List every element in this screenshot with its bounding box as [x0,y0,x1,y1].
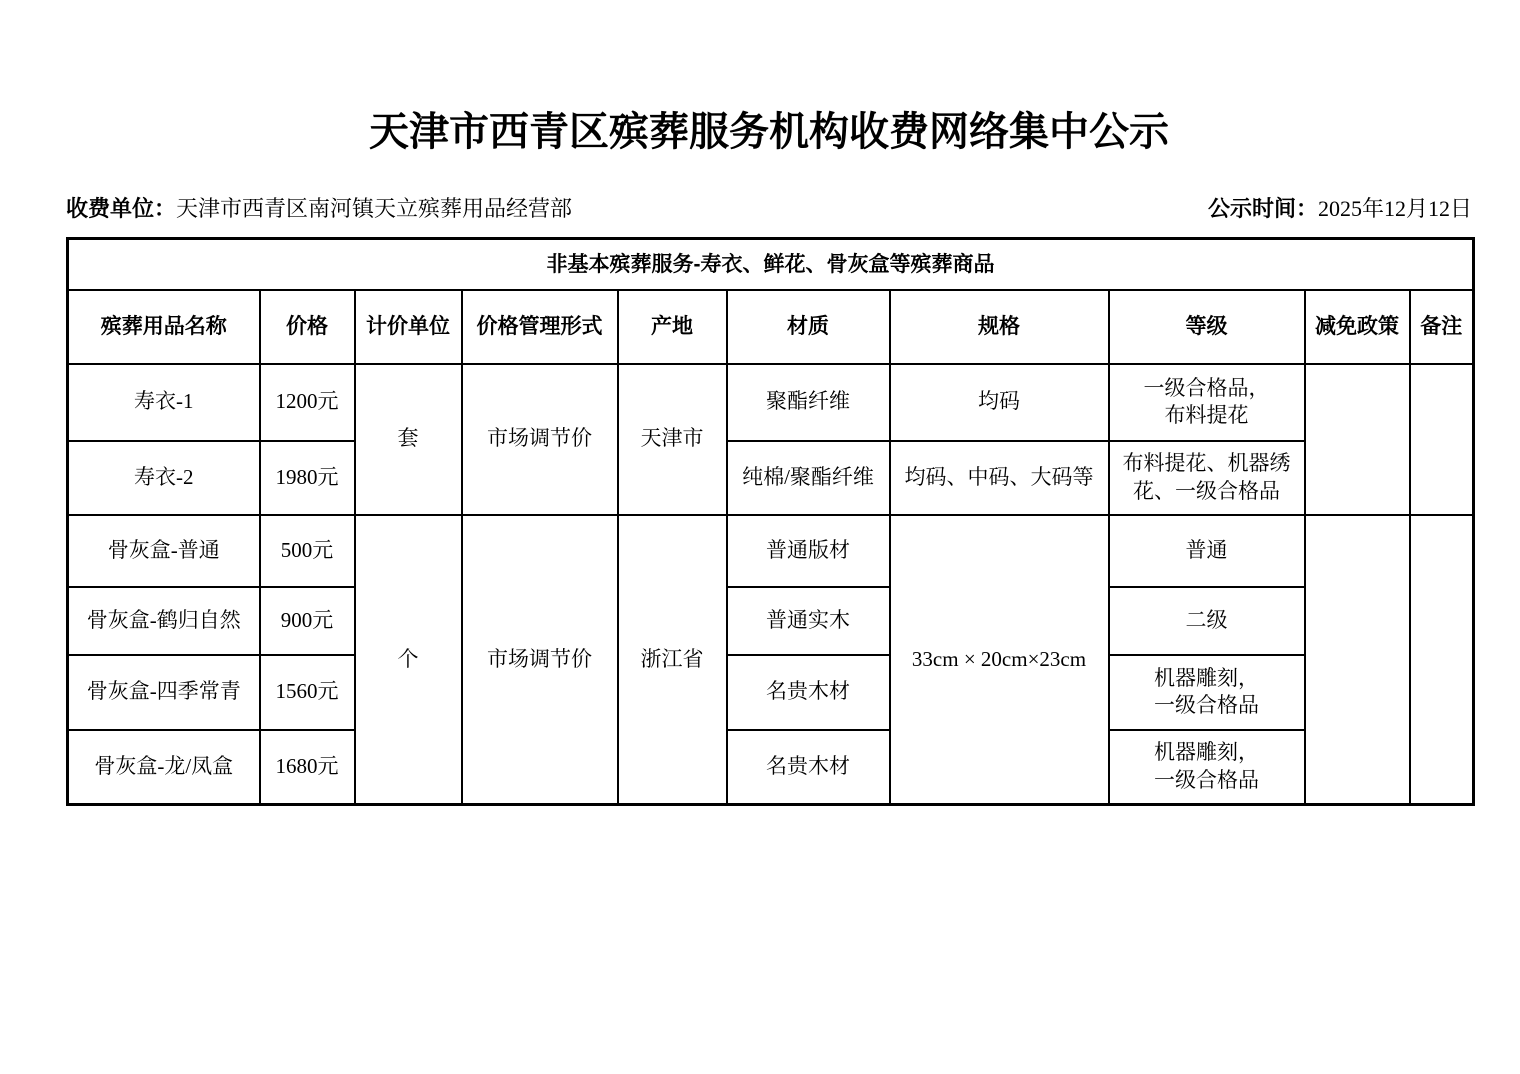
col-header-policy: 减免政策 [1305,290,1410,364]
policy-cell [1305,364,1410,515]
price-form-cell: 市场调节价 [462,515,618,805]
price-cell: 1560元 [260,655,355,730]
unit-cell: 套 [355,364,462,515]
product-name-cell: 骨灰盒-龙/凤盒 [68,730,260,805]
table-band-row: 非基本殡葬服务-寿衣、鲜花、骨灰盒等殡葬商品 [68,239,1474,290]
charge-unit-label: 收费单位： [66,196,176,221]
material-cell: 聚酯纤维 [727,364,890,441]
table-row: 骨灰盒-鹤归自然 900元 普通实木 二级 [68,587,1474,655]
publish-time-label: 公示时间： [1208,196,1318,221]
spec-cell: 均码 [890,364,1109,441]
origin-cell: 天津市 [618,364,727,515]
col-header-origin: 产地 [618,290,727,364]
table-row: 寿衣-1 1200元 套 市场调节价 天津市 聚酯纤维 均码 一级合格品， 布料… [68,364,1474,441]
grade-cell: 机器雕刻， 一级合格品 [1109,655,1305,730]
col-header-grade: 等级 [1109,290,1305,364]
charge-unit-value: 天津市西青区南河镇天立殡葬用品经营部 [176,196,572,221]
table-header-row: 殡葬用品名称 价格 计价单位 价格管理形式 产地 材质 规格 等级 减免政策 备… [68,290,1474,364]
table-band-title: 非基本殡葬服务-寿衣、鲜花、骨灰盒等殡葬商品 [68,239,1474,290]
product-name-cell: 骨灰盒-普通 [68,515,260,587]
product-name-cell: 寿衣-1 [68,364,260,441]
publish-time-line: 公示时间：2025年12月12日 [1208,192,1472,223]
note-cell [1410,515,1474,805]
grade-cell: 普通 [1109,515,1305,587]
price-cell: 1980元 [260,441,355,515]
col-header-spec: 规格 [890,290,1109,364]
publish-time-value: 2025年12月12日 [1318,196,1472,221]
policy-cell [1305,515,1410,805]
table-row: 骨灰盒-普通 500元 个 市场调节价 浙江省 普通版材 33cm × 20cm… [68,515,1474,587]
document-page: 天津市西青区殡葬服务机构收费网络集中公示 收费单位：天津市西青区南河镇天立殡葬用… [0,0,1520,1074]
grade-cell: 一级合格品， 布料提花 [1109,364,1305,441]
col-header-material: 材质 [727,290,890,364]
price-cell: 900元 [260,587,355,655]
col-header-product-name: 殡葬用品名称 [68,290,260,364]
material-cell: 普通版材 [727,515,890,587]
spec-cell: 33cm × 20cm×23cm [890,515,1109,805]
charge-unit-line: 收费单位：天津市西青区南河镇天立殡葬用品经营部 [66,192,572,223]
material-cell: 名贵木材 [727,655,890,730]
price-cell: 1200元 [260,364,355,441]
product-name-cell: 骨灰盒-鹤归自然 [68,587,260,655]
price-cell: 500元 [260,515,355,587]
col-header-price: 价格 [260,290,355,364]
note-cell [1410,364,1474,515]
origin-cell: 浙江省 [618,515,727,805]
product-name-cell: 骨灰盒-四季常青 [68,655,260,730]
price-cell: 1680元 [260,730,355,805]
grade-cell: 机器雕刻， 一级合格品 [1109,730,1305,805]
table-row: 骨灰盒-龙/凤盒 1680元 名贵木材 机器雕刻， 一级合格品 [68,730,1474,805]
material-cell: 普通实木 [727,587,890,655]
spec-cell: 均码、中码、大码等 [890,441,1109,515]
fee-publicity-table: 非基本殡葬服务-寿衣、鲜花、骨灰盒等殡葬商品 殡葬用品名称 价格 计价单位 价格… [66,237,1475,806]
table-row: 寿衣-2 1980元 纯棉/聚酯纤维 均码、中码、大码等 布料提花、机器绣 花、… [68,441,1474,515]
grade-cell: 布料提花、机器绣 花、一级合格品 [1109,441,1305,515]
material-cell: 名贵木材 [727,730,890,805]
col-header-unit: 计价单位 [355,290,462,364]
table-row: 骨灰盒-四季常青 1560元 名贵木材 机器雕刻， 一级合格品 [68,655,1474,730]
col-header-note: 备注 [1410,290,1474,364]
grade-cell: 二级 [1109,587,1305,655]
col-header-price-form: 价格管理形式 [462,290,618,364]
price-form-cell: 市场调节价 [462,364,618,515]
material-cell: 纯棉/聚酯纤维 [727,441,890,515]
product-name-cell: 寿衣-2 [68,441,260,515]
page-title: 天津市西青区殡葬服务机构收费网络集中公示 [66,100,1472,157]
unit-cell: 个 [355,515,462,805]
